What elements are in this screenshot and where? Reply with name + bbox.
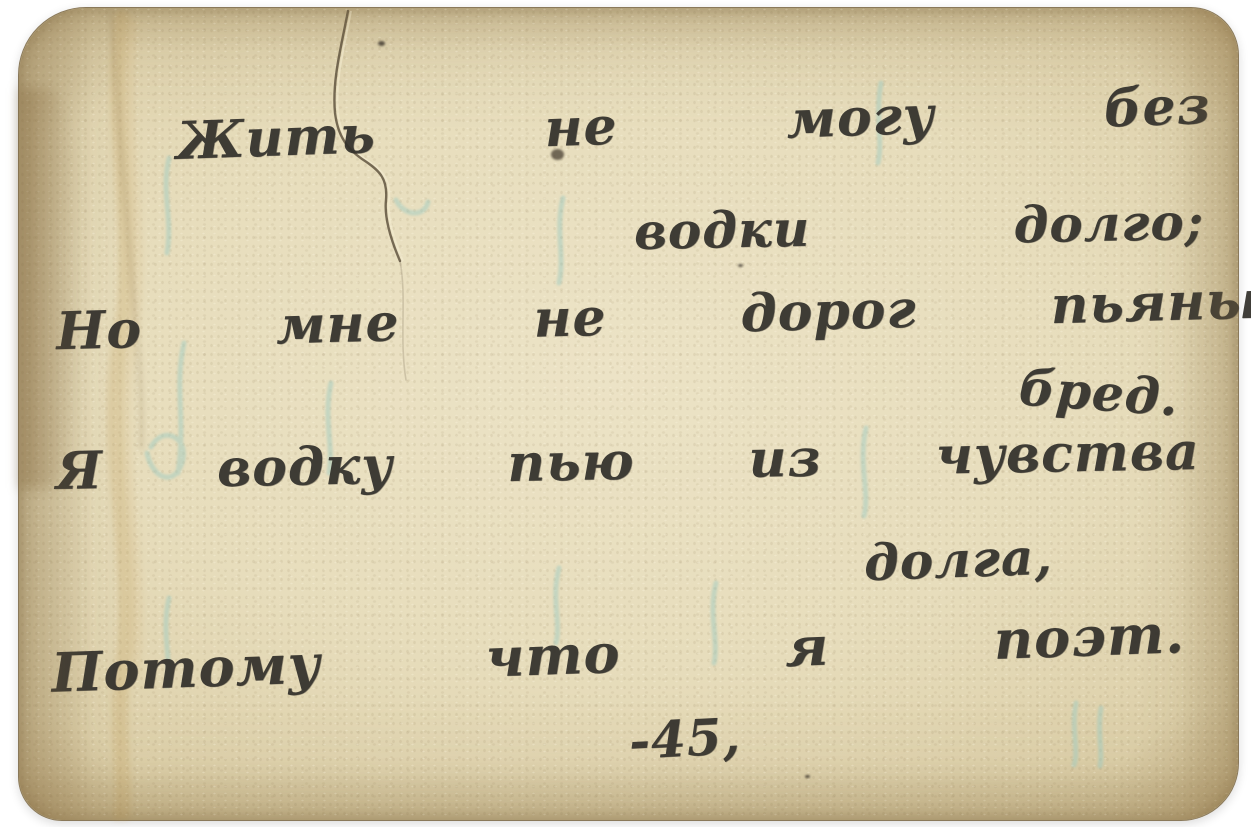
- left-edge-stain: [19, 88, 77, 488]
- ghost-stroke: [1100, 708, 1101, 766]
- handwritten-line-8: -45,: [628, 706, 743, 771]
- ghost-stroke: [396, 200, 428, 213]
- ghost-stroke: [559, 198, 563, 283]
- handwritten-line-7: Потому что я поэт.: [50, 601, 1186, 705]
- note-card: Жить не могу без водки долго; Но мне не …: [18, 7, 1239, 821]
- handwritten-line-1: Жить не могу без: [175, 75, 1211, 172]
- handwritten-line-4: бред.: [1017, 357, 1181, 427]
- ghost-stroke: [166, 158, 169, 253]
- handwritten-line-5: Я водку пью из чувства: [56, 421, 1201, 502]
- handwritten-line-2: водки долго;: [634, 192, 1205, 261]
- handwritten-line-6: долга,: [863, 527, 1054, 593]
- handwritten-line-3: Но мне не дорог пьяный: [55, 269, 1251, 363]
- photo-background: Жить не могу без водки долго; Но мне не …: [0, 0, 1251, 827]
- ghost-stroke: [1074, 703, 1076, 765]
- corner-crease-line: [111, 13, 141, 448]
